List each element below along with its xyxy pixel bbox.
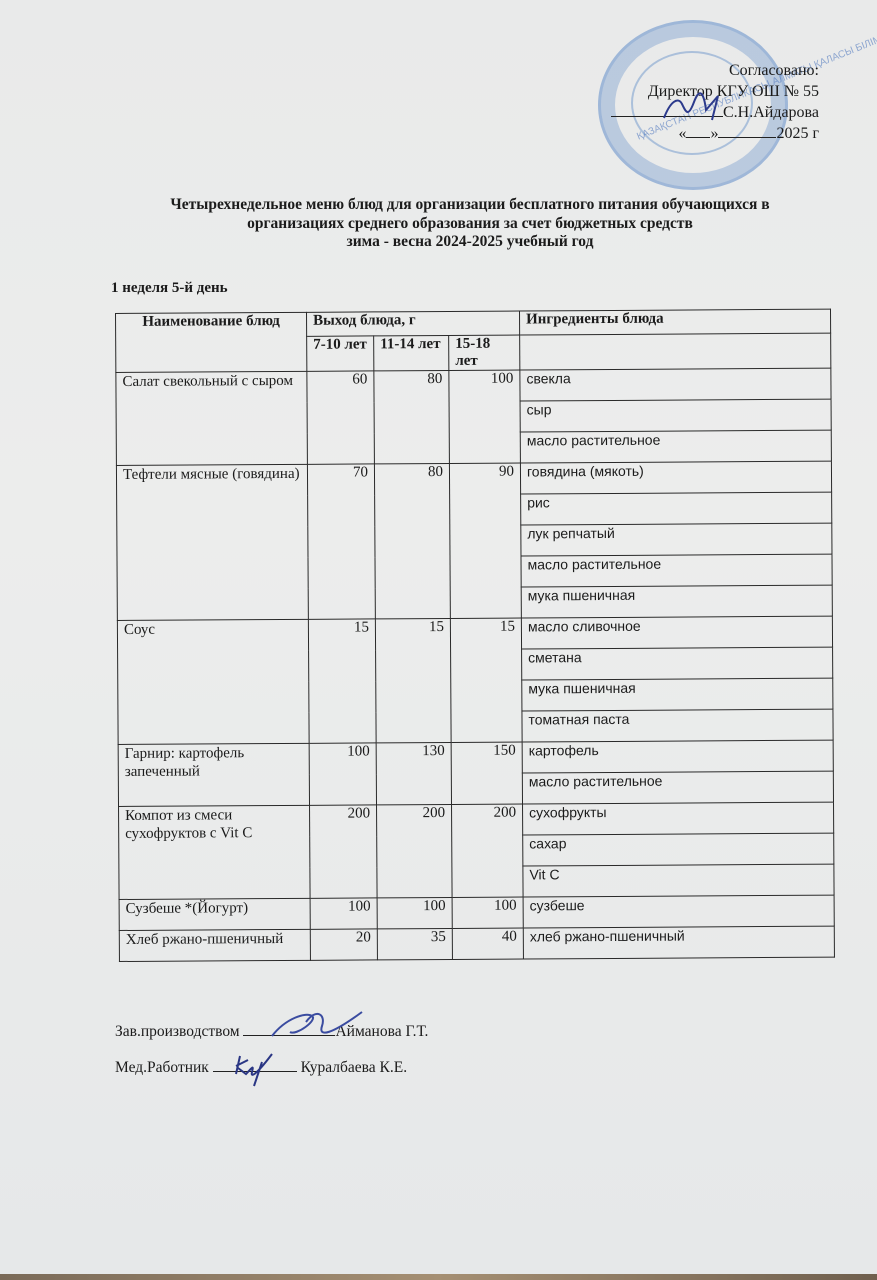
- ingredient: масло растительное: [520, 430, 831, 463]
- portion-value: 150: [451, 742, 522, 804]
- portion-value: 60: [307, 371, 375, 464]
- ingredient: мука пшеничная: [521, 585, 832, 618]
- portion-value: 200: [377, 804, 453, 897]
- portion-value: 100: [377, 897, 452, 928]
- portion-value: 200: [452, 804, 524, 897]
- header-output: Выход блюда, г: [306, 311, 519, 336]
- approval-date-line: «»2025 г: [611, 123, 819, 144]
- table-row: Тефтели мясные (говядина)708090говядина …: [116, 461, 831, 496]
- portion-value: 200: [310, 805, 378, 898]
- production-label: Зав.производством: [115, 1023, 240, 1040]
- portion-value: 15: [375, 618, 451, 742]
- portion-value: 20: [310, 929, 377, 960]
- dish-name: Гарнир: картофель запеченный: [118, 743, 309, 806]
- header-age-7-10: 7-10 лет: [307, 336, 374, 371]
- portion-value: 40: [452, 928, 523, 959]
- table-surface-edge: [0, 1274, 877, 1280]
- ingredient: сметана: [522, 647, 833, 680]
- table-row: Компот из смеси сухофруктов с Vit C20020…: [119, 802, 834, 837]
- ingredient: томатная паста: [522, 709, 833, 742]
- portion-value: 130: [376, 742, 451, 804]
- portion-value: 15: [308, 619, 376, 743]
- ingredient: сыр: [520, 399, 831, 432]
- portion-value: 100: [309, 743, 376, 805]
- menu-table: Наименование блюд Выход блюда, г Ингреди…: [115, 309, 835, 962]
- approval-director-name: С.Н.Айдарова: [723, 104, 819, 121]
- ingredient: хлеб ржано-пшеничный: [523, 926, 834, 959]
- medic-name: Куралбаева К.Е.: [301, 1059, 408, 1076]
- header-ingredients: Ингредиенты блюда: [519, 309, 830, 335]
- portion-value: 70: [307, 464, 375, 619]
- ingredient: сузбеше: [523, 895, 834, 928]
- table-row: Салат свекольный с сыром6080100свекла: [116, 368, 831, 403]
- portion-value: 15: [450, 618, 522, 742]
- portion-value: 100: [310, 898, 377, 929]
- header-dish: Наименование блюд: [116, 312, 307, 372]
- approval-year: 2025 г: [776, 125, 819, 142]
- document-title: Четырехнедельное меню блюд для организац…: [100, 196, 840, 252]
- table-row: Соус151515масло сливочное: [117, 616, 832, 651]
- ingredient: масло растительное: [522, 771, 833, 804]
- portion-value: 80: [374, 463, 450, 618]
- portion-value: 35: [377, 928, 452, 959]
- table-row: Гарнир: картофель запеченный100130150кар…: [118, 740, 833, 775]
- ingredient: рис: [521, 492, 832, 525]
- portion-value: 100: [449, 370, 521, 463]
- portion-value: 80: [374, 370, 450, 463]
- week-day-label: 1 неделя 5-й день: [111, 280, 228, 297]
- production-signature: [266, 1008, 366, 1040]
- ingredient: картофель: [522, 740, 833, 773]
- director-signature: [660, 92, 730, 122]
- approval-heading: Согласовано:: [611, 60, 819, 81]
- table-row: Хлеб ржано-пшеничный203540хлеб ржано-пше…: [119, 926, 834, 961]
- ingredient: лук репчатый: [521, 523, 832, 556]
- ingredient: говядина (мякоть): [520, 461, 831, 494]
- header-age-15-18: 15-18 лет: [449, 335, 520, 370]
- ingredient: сахар: [523, 833, 834, 866]
- dish-name: Хлеб ржано-пшеничный: [119, 929, 310, 961]
- dish-name: Сузбеше *(Йогурт): [119, 898, 310, 930]
- ingredient: сухофрукты: [523, 802, 834, 835]
- medic-signature: [232, 1052, 282, 1088]
- dish-name: Соус: [117, 619, 309, 744]
- dish-name: Тефтели мясные (говядина): [116, 464, 308, 620]
- header-ingredients-blank: [520, 333, 831, 370]
- medic-label: Мед.Работник: [115, 1059, 209, 1076]
- ingredient: масло сливочное: [521, 616, 832, 649]
- dish-name: Салат свекольный с сыром: [116, 371, 308, 465]
- header-age-11-14: 11-14 лет: [374, 335, 449, 370]
- dish-name: Компот из смеси сухофруктов с Vit C: [119, 805, 311, 899]
- ingredient: масло растительное: [521, 554, 832, 587]
- portion-value: 100: [452, 897, 523, 928]
- table-row: Сузбеше *(Йогурт)100100100сузбеше: [119, 895, 834, 930]
- ingredient: свекла: [520, 368, 831, 401]
- ingredient: мука пшеничная: [522, 678, 833, 711]
- portion-value: 90: [449, 463, 521, 618]
- ingredient: Vit C: [523, 864, 834, 897]
